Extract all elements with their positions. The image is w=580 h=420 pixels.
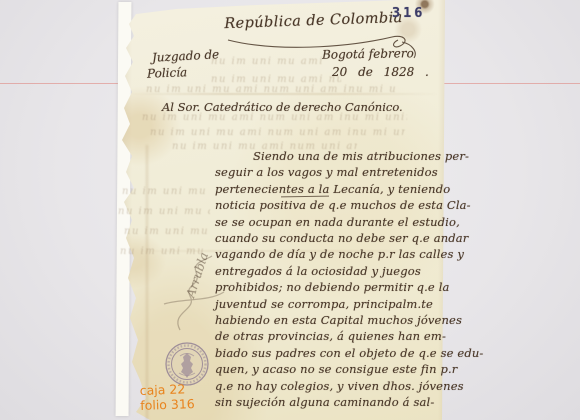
body-line: cuando su conducta no debe ser q.e andar — [215, 231, 468, 245]
ghost-text-line: nu im uni mu ami num uni am inu mi unim … — [211, 56, 326, 67]
scanned-document-page: República de Colombia 316 Juzgado de Pol… — [0, 0, 580, 420]
manuscript-sheet: República de Colombia 316 Juzgado de Pol… — [116, 0, 448, 420]
dateline-date: 20 de 1828 . — [332, 65, 429, 79]
ghost-text-line: nu im uni mu ami num uni am inu mi unim … — [122, 186, 210, 197]
body-line: Siendo una de mis atribuciones per- — [215, 149, 469, 163]
ghost-text-line: nu im uni mu ami num uni am inu mi unim … — [146, 84, 396, 95]
body-line: noticia positiva de q.e muchos de esta C… — [215, 198, 471, 212]
body-line: seguir a los vagos y mal entretenidos — [215, 165, 438, 179]
body-line: pertenecientes a la Lecanía, y teniendo — [215, 182, 450, 196]
body-line: juventud se corrompa, principalm.te — [215, 297, 433, 311]
ghost-text-line: nu im uni mu ami num uni am inu mi unim … — [150, 127, 405, 138]
addressee-line: Al Sor. Catedrático de derecho Canónico. — [162, 100, 403, 114]
body-line: se se ocupan en nada durante el estudio, — [215, 215, 460, 229]
ghost-text-line: nu im uni mu ami num uni am inu mi unim … — [124, 226, 209, 237]
body-line: biado sus padres con el objeto de q.e se… — [215, 346, 483, 360]
body-line: quen, y acaso no se consigue este fin p.… — [215, 362, 457, 376]
folio-number-stamp: 316 — [392, 5, 425, 21]
office-heading-line2: Policía — [147, 65, 188, 80]
archive-reference-note: caja 22 folio 316 — [139, 381, 194, 413]
body-line: habiendo en esta Capital muchos jóvenes — [215, 313, 462, 327]
archive-folio-note: folio 316 — [140, 396, 195, 413]
body-line: vagando de día y de noche p.r las calles… — [215, 247, 464, 261]
body-line: entregados á la ociosidad y juegos — [215, 264, 421, 278]
body-line: de otras provincias, á quienes han em- — [215, 329, 446, 343]
body-line: prohibidos; no debiendo permitir q.e la — [215, 280, 450, 294]
body-line: q.e no hay colegios, y viven dhos. jóven… — [215, 379, 464, 393]
body-line: sin sujeción alguna caminando á sal- — [215, 395, 434, 409]
dateline-place: Bogotá febrero — [322, 46, 414, 62]
ghost-text-line: nu im uni mu ami num uni am inu mi unim … — [118, 206, 210, 217]
